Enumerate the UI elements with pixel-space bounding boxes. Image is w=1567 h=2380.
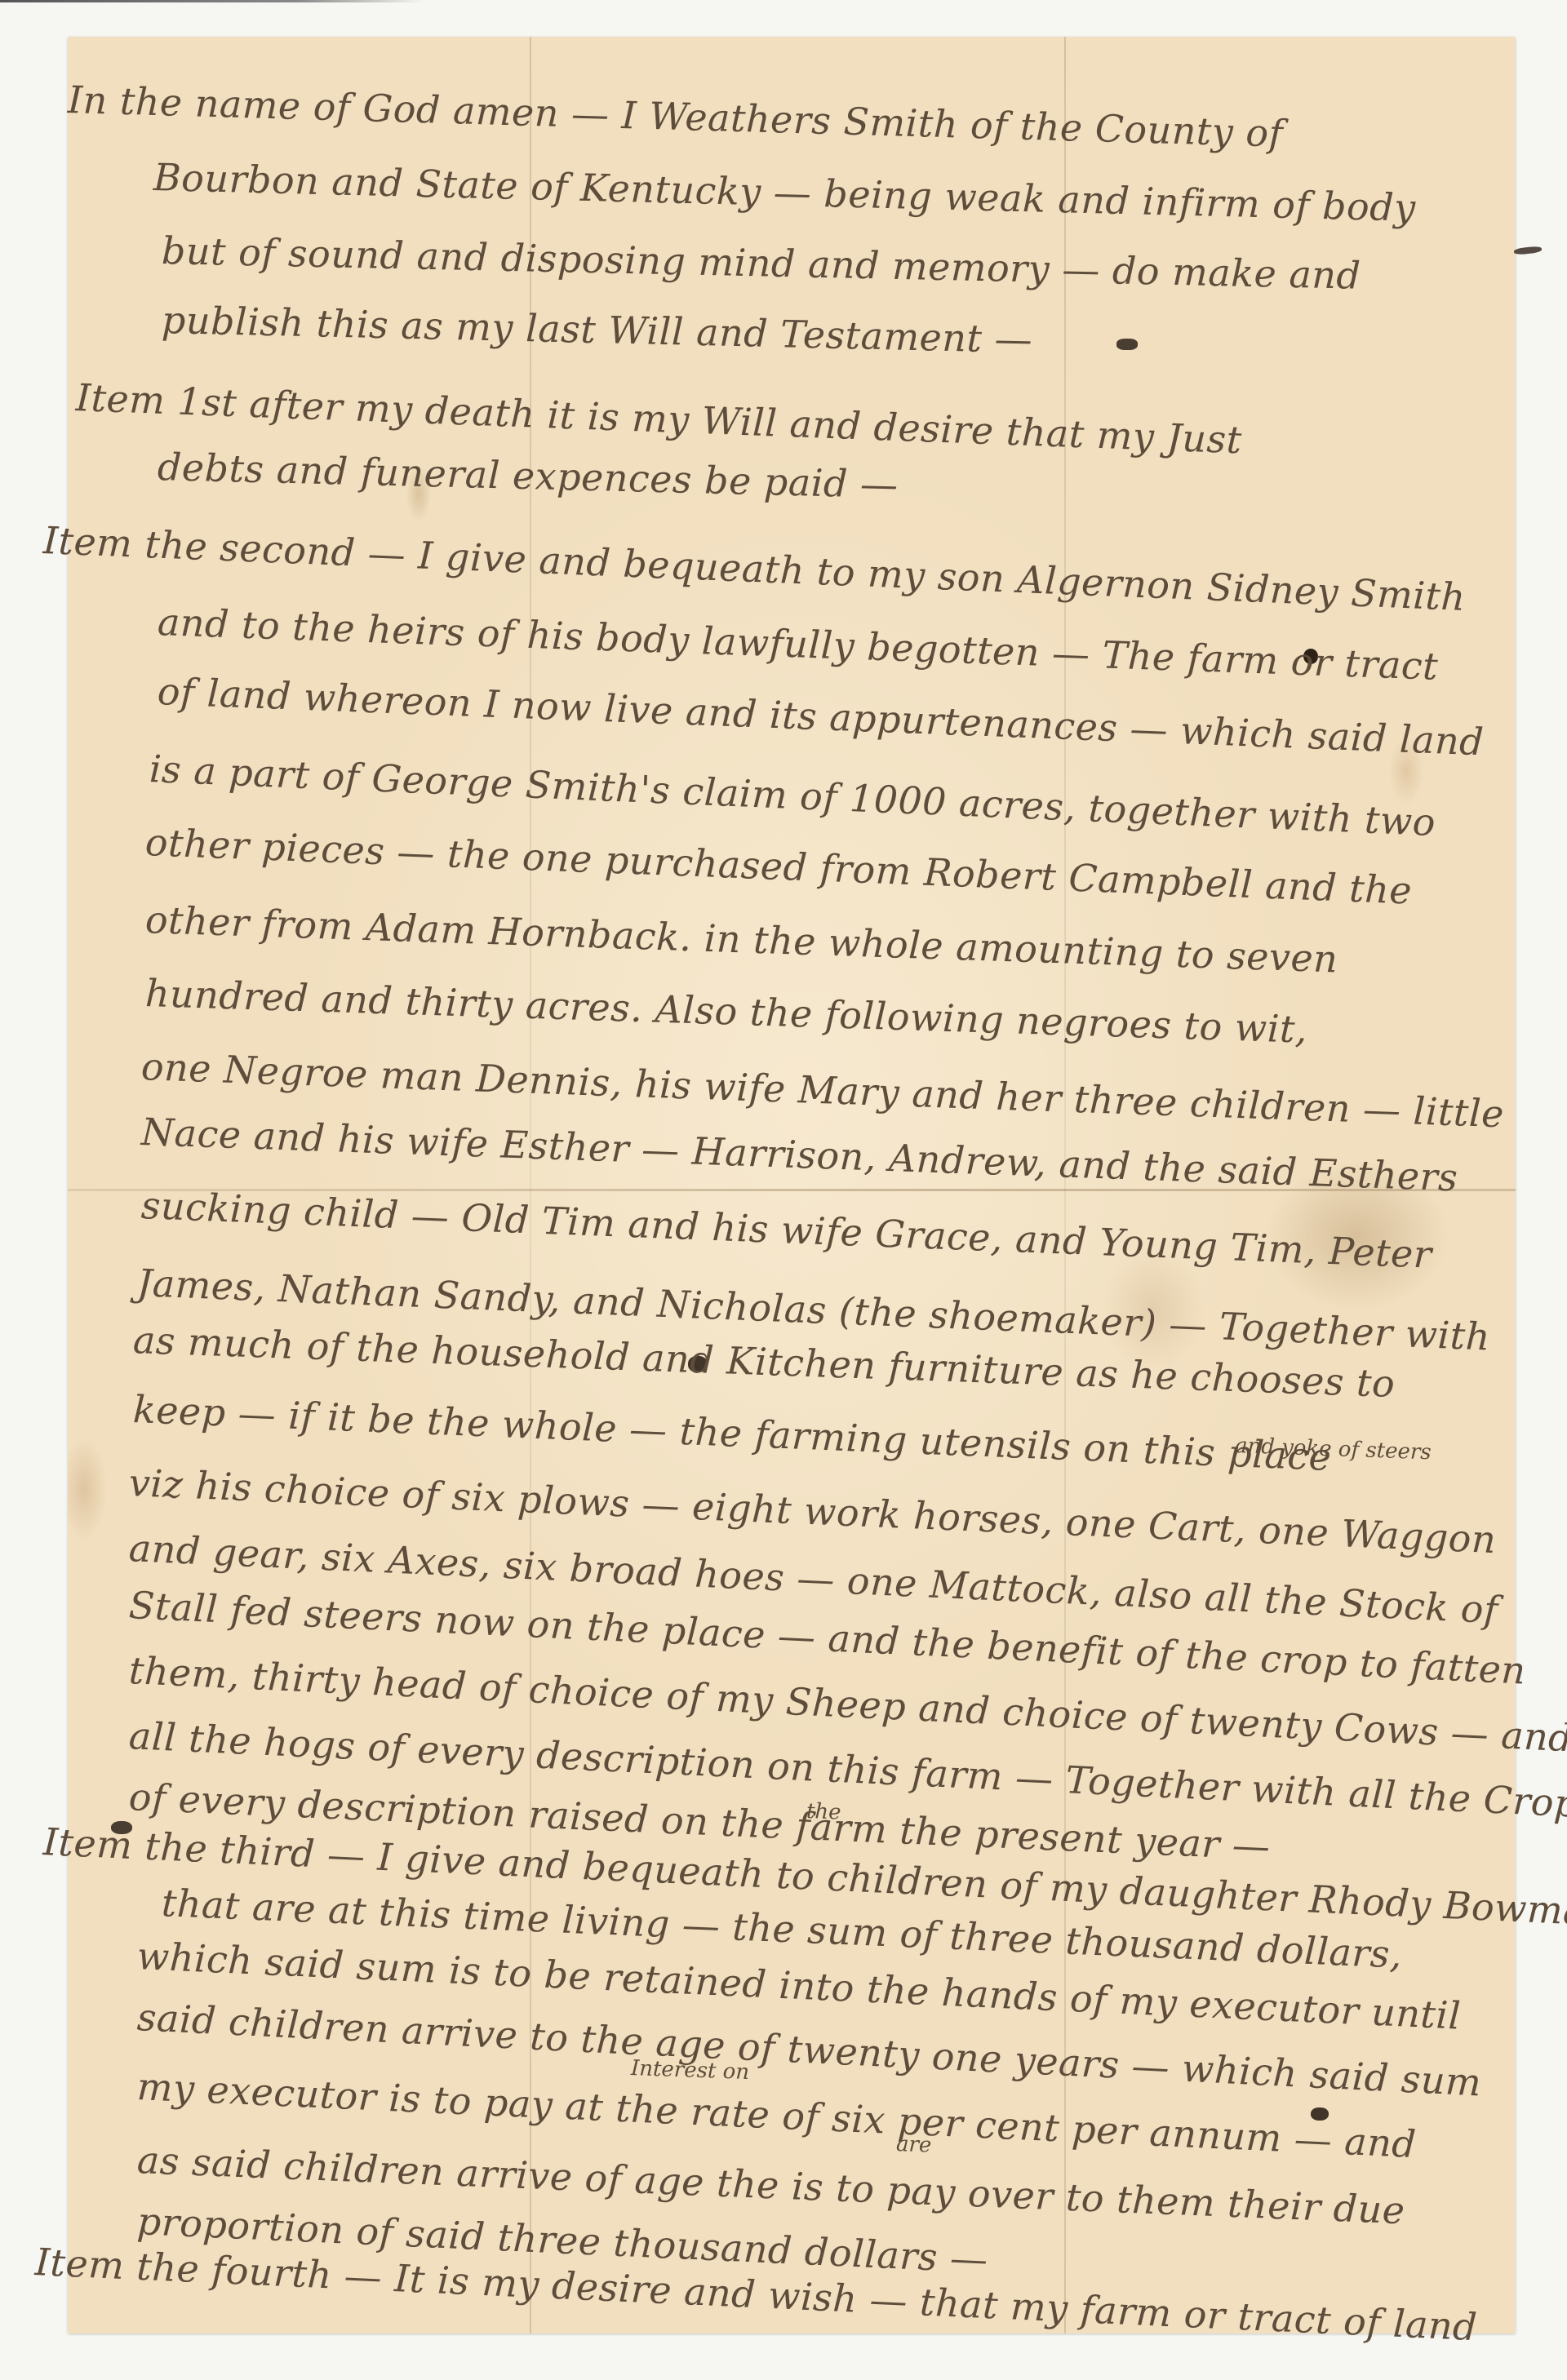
text-line: and to the heirs of his body lawfully be…: [157, 600, 1439, 689]
text-line: hundred and thirty acres. Also the follo…: [144, 971, 1308, 1052]
manuscript-page: In the name of God amen — I Weathers Smi…: [68, 37, 1516, 2333]
text-line: but of sound and disposing mind and memo…: [161, 228, 1361, 298]
text-line: of land whereon I now live and its appur…: [157, 669, 1485, 764]
interlineation: are: [895, 2132, 931, 2157]
text-line: other from Adam Hornback. in the whole a…: [144, 897, 1338, 981]
interlineation: Interest on: [630, 2056, 749, 2085]
will-text: In the name of God amen — I Weathers Smi…: [68, 37, 1516, 2333]
text-line: Bourbon and State of Kentucky — being we…: [153, 155, 1416, 230]
interlineation: the: [806, 1799, 841, 1824]
text-line: In the name of God amen — I Weathers Smi…: [67, 78, 1284, 156]
text-line: keep — if it be the whole — the farming …: [132, 1387, 1332, 1479]
ink-blot: [1514, 246, 1543, 255]
text-line: sucking child — Old Tim and his wife Gra…: [140, 1183, 1432, 1277]
text-line: debts and funeral expences be paid —: [157, 445, 899, 507]
scanner-edge-shadow: [0, 0, 424, 2]
text-line: publish this as my last Will and Testame…: [161, 298, 1032, 361]
